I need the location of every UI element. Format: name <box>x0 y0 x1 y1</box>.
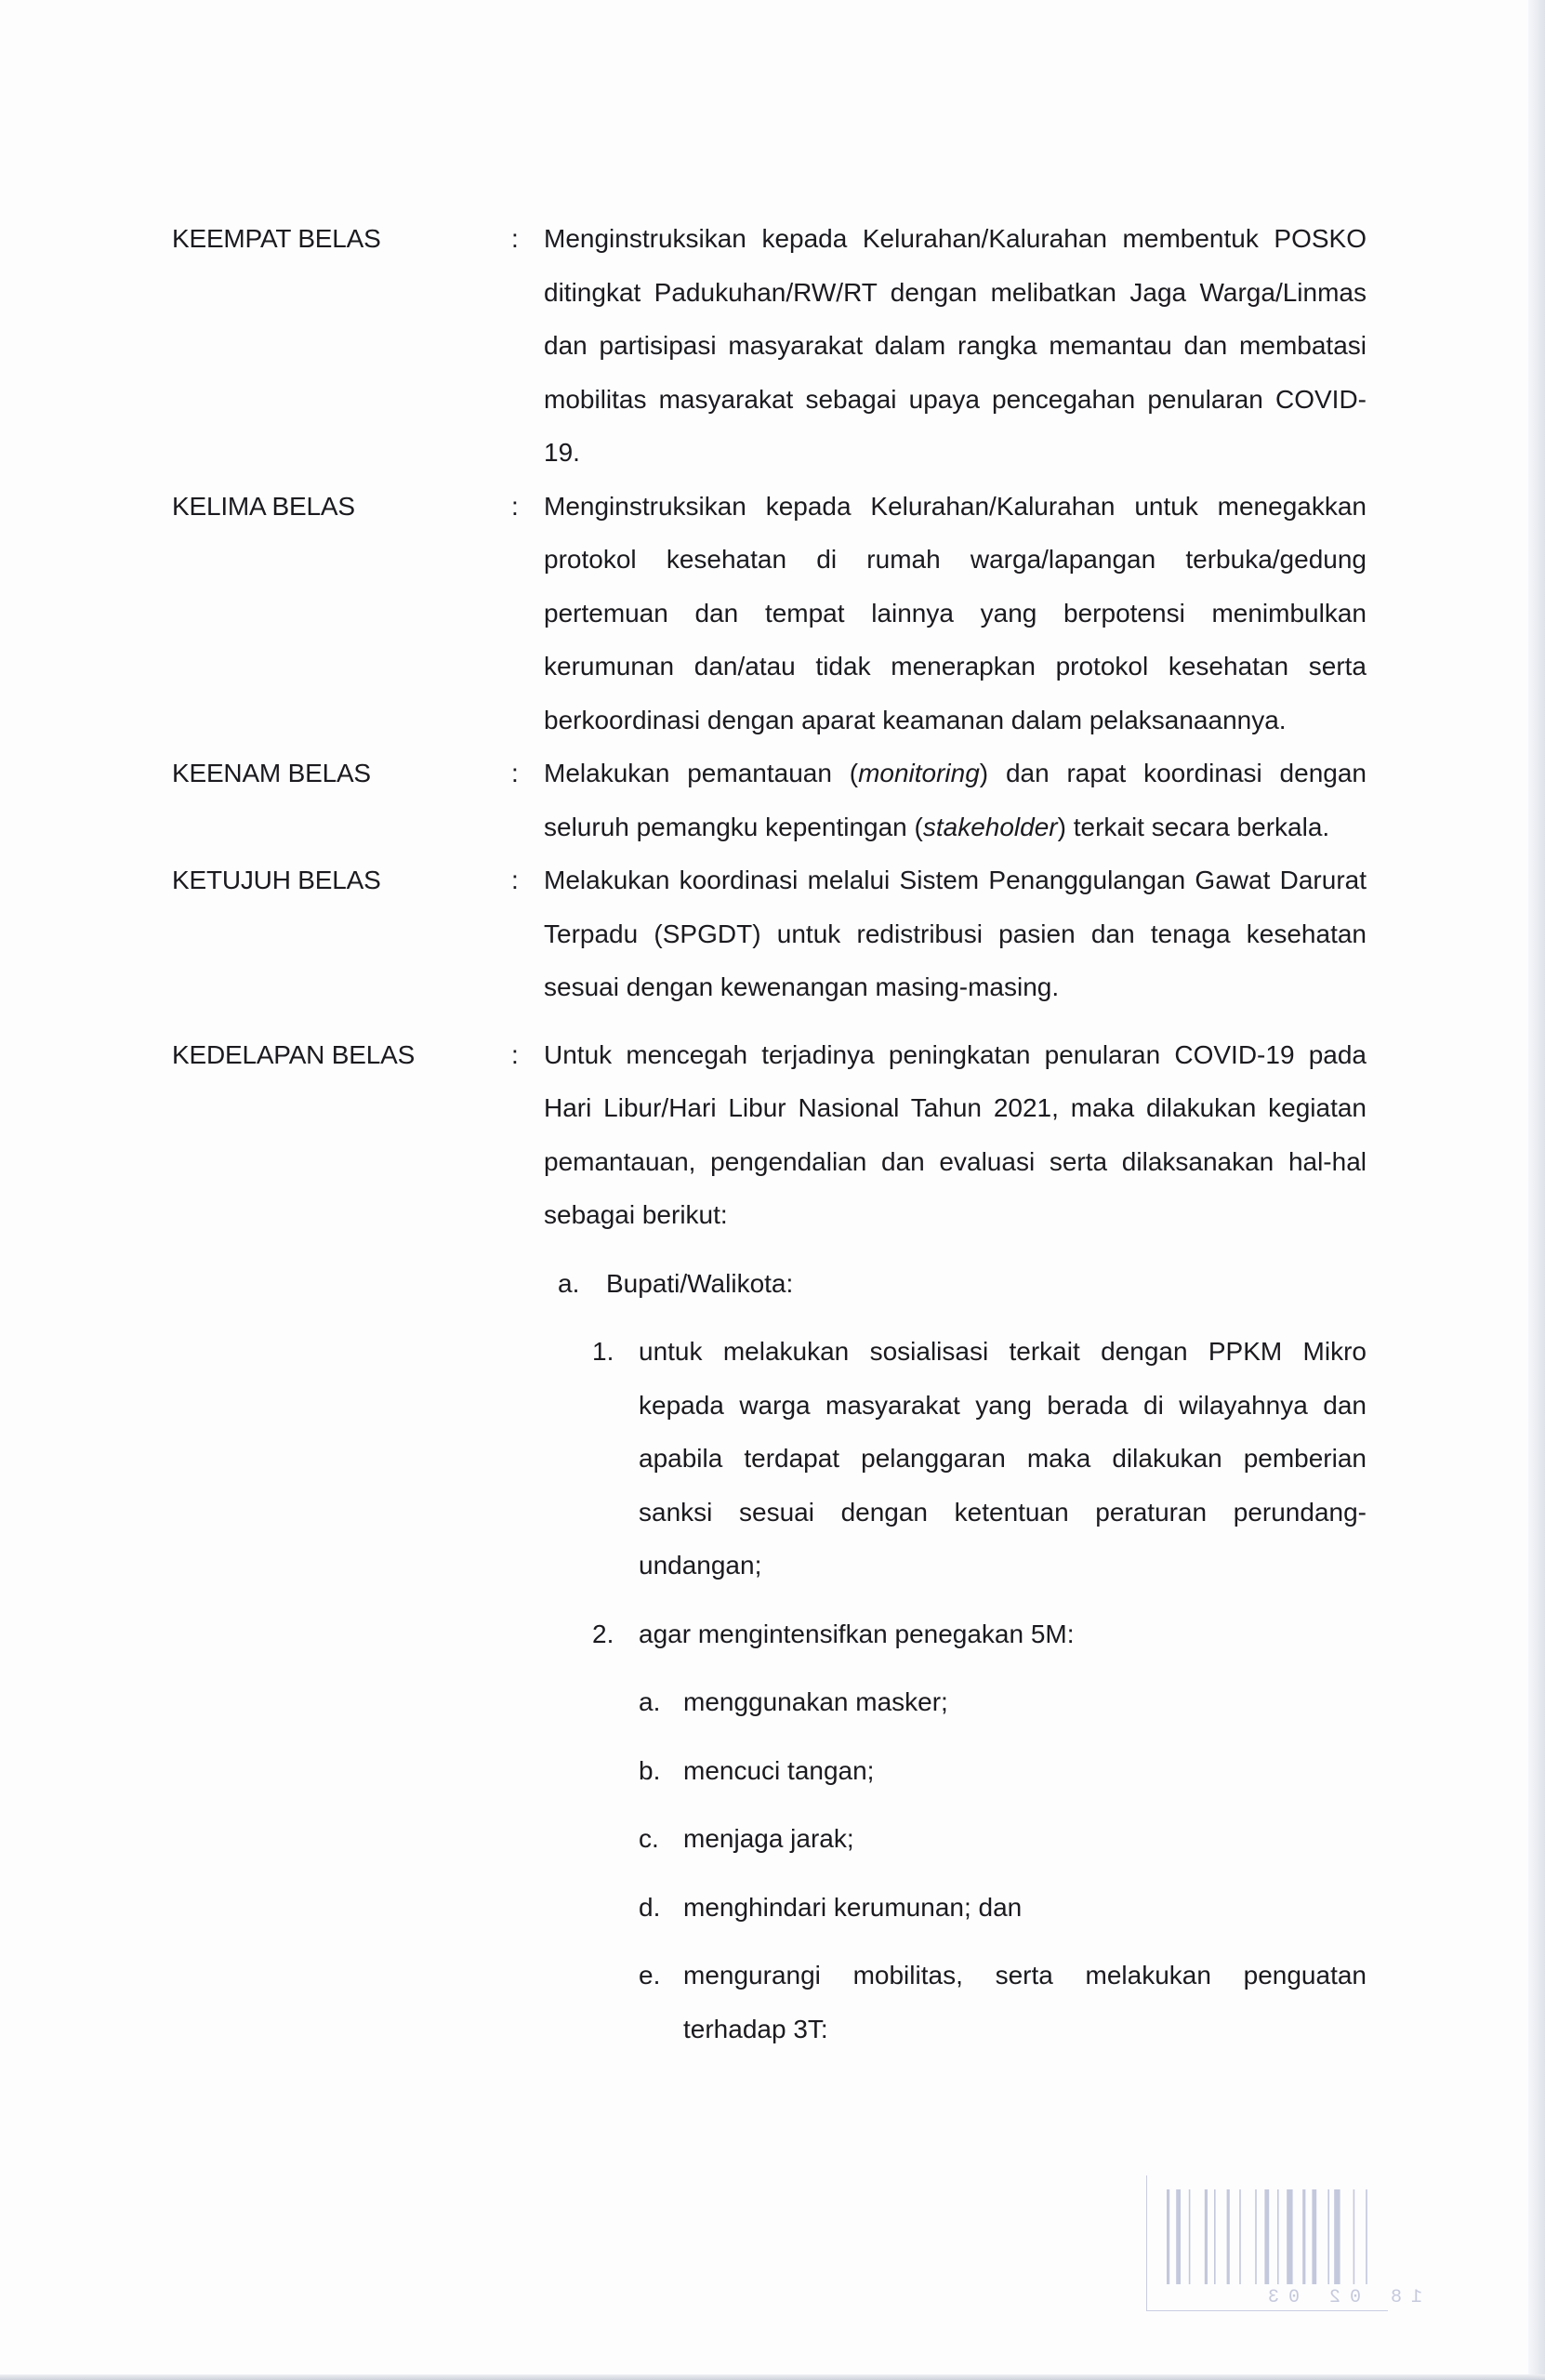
lettered-sublist-5m: a. menggunakan masker; b. mencuci tangan… <box>639 1675 1367 2056</box>
document-body: KEEMPAT BELAS : Menginstruksikan kepada … <box>172 212 1367 2056</box>
barcode-frame-bottom <box>1146 2310 1388 2311</box>
clause-keempat-belas: KEEMPAT BELAS : Menginstruksikan kepada … <box>172 212 1367 480</box>
list-marker: c. <box>639 1812 683 1866</box>
list-item-text: menjaga jarak; <box>683 1812 1367 1866</box>
subsection-title: Bupati/Walikota: <box>606 1257 1367 1311</box>
clause-text: Menginstruksikan kepada Kelurahan/Kalura… <box>544 480 1367 747</box>
list-item: a. menggunakan masker; <box>639 1675 1367 1729</box>
clause-separator: : <box>507 853 544 1014</box>
clause-label: KEENAM BELAS <box>172 747 507 853</box>
list-item: d. menghindari kerumunan; dan <box>639 1881 1367 1935</box>
list-item: e. mengurangi mobilitas, serta melakukan… <box>639 1949 1367 2056</box>
list-marker: d. <box>639 1881 683 1935</box>
clause-separator: : <box>507 1028 544 1242</box>
list-item: c. menjaga jarak; <box>639 1812 1367 1866</box>
clause-text: Untuk mencegah terjadinya peningkatan pe… <box>544 1028 1367 1242</box>
list-marker: 1. <box>592 1325 639 1593</box>
clause-keenam-belas: KEENAM BELAS : Melakukan pemantauan (mon… <box>172 747 1367 853</box>
clause-text: Melakukan koordinasi melalui Sistem Pena… <box>544 853 1367 1014</box>
list-item-text: menggunakan masker; <box>683 1675 1367 1729</box>
list-item: b. mencuci tangan; <box>639 1744 1367 1798</box>
numbered-list: 1. untuk melakukan sosialisasi terkait d… <box>592 1325 1367 1660</box>
clause-separator: : <box>507 212 544 480</box>
clause-text: Melakukan pemantauan (monitoring) dan ra… <box>544 747 1367 853</box>
clause-label: KETUJUH BELAS <box>172 853 507 1014</box>
barcode-frame <box>1146 2175 1147 2310</box>
list-item-text: untuk melakukan sosialisasi terkait deng… <box>639 1325 1367 1593</box>
list-marker: 2. <box>592 1607 639 1661</box>
clause-kelima-belas: KELIMA BELAS : Menginstruksikan kepada K… <box>172 480 1367 747</box>
barcode-icon <box>1167 2189 1399 2284</box>
list-marker: e. <box>639 1949 683 2056</box>
subsection-bupati-walikota: a. Bupati/Walikota: <box>558 1257 1367 1311</box>
list-item-text: agar mengintensifkan penegakan 5M: <box>639 1607 1367 1661</box>
list-marker: a. <box>558 1257 606 1311</box>
clause-label: KEDELAPAN BELAS <box>172 1028 507 1242</box>
clause-text: Menginstruksikan kepada Kelurahan/Kalura… <box>544 212 1367 480</box>
clause-kedelapan-belas: KEDELAPAN BELAS : Untuk mencegah terjadi… <box>172 1028 1367 1242</box>
barcode-digits: 18 02 03 <box>1208 2287 1422 2308</box>
list-item: 1. untuk melakukan sosialisasi terkait d… <box>592 1325 1367 1593</box>
clause-label: KELIMA BELAS <box>172 480 507 747</box>
list-item: 2. agar mengintensifkan penegakan 5M: <box>592 1607 1367 1661</box>
clause-separator: : <box>507 747 544 853</box>
clause-label: KEEMPAT BELAS <box>172 212 507 480</box>
list-marker: b. <box>639 1744 683 1798</box>
clause-separator: : <box>507 480 544 747</box>
page-edge-shadow <box>1528 0 1545 2380</box>
list-marker: a. <box>639 1675 683 1729</box>
list-item-text: mengurangi mobilitas, serta melakukan pe… <box>683 1949 1367 2056</box>
list-item-text: mencuci tangan; <box>683 1744 1367 1798</box>
list-item-text: menghindari kerumunan; dan <box>683 1881 1367 1935</box>
clause-ketujuh-belas: KETUJUH BELAS : Melakukan koordinasi mel… <box>172 853 1367 1014</box>
page-bottom-edge <box>0 2374 1545 2380</box>
